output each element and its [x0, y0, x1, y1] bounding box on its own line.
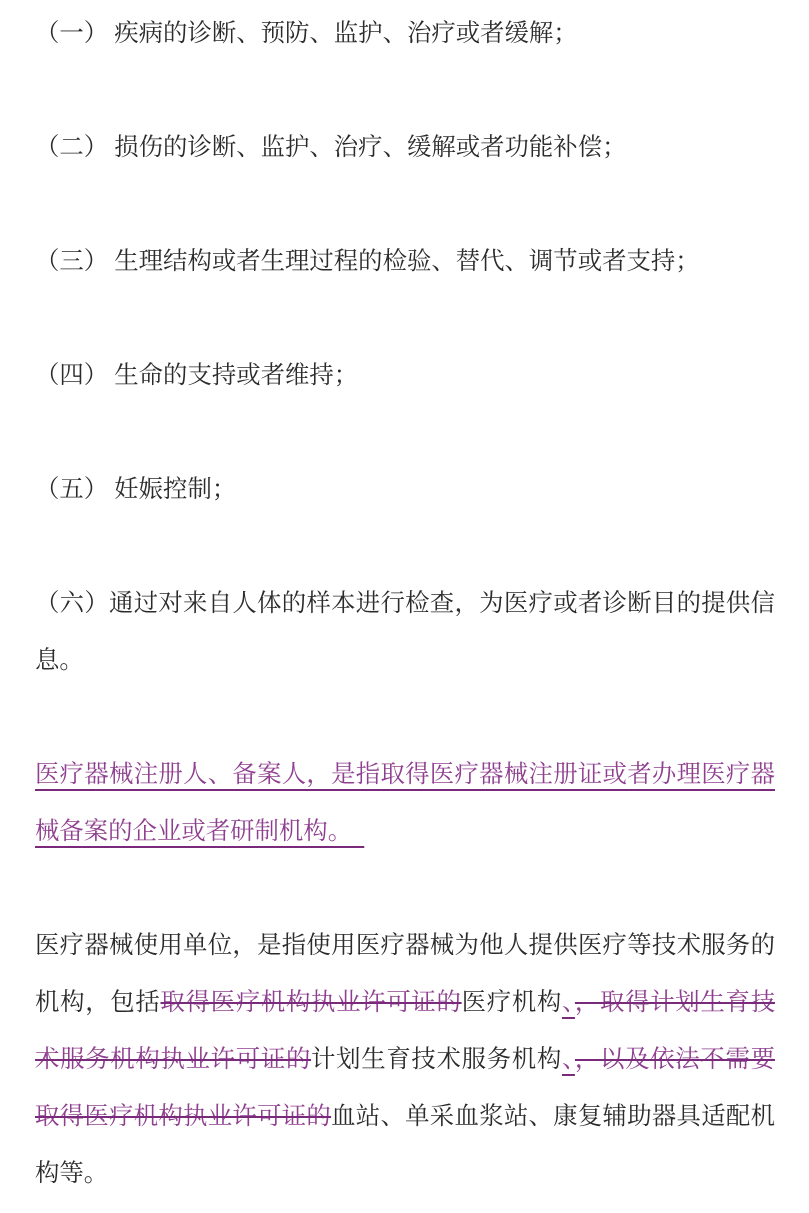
- deleted-text-run: 取得医疗机构执业许可证的: [160, 989, 461, 1016]
- paragraph: 医疗器械使用单位，是指使用医疗器械为他人提供医疗等技术服务的机构，包括取得医疗机…: [35, 917, 775, 1202]
- text-run: （五） 妊娠控制；: [35, 476, 236, 503]
- text-run: （二） 损伤的诊断、监护、治疗、缓解或者功能补偿；: [35, 134, 626, 161]
- text-run: 计划生育技术服务机构: [311, 1046, 562, 1073]
- document-body: （一） 疾病的诊断、预防、监护、治疗或者缓解；（二） 损伤的诊断、监护、治疗、缓…: [35, 5, 775, 1202]
- paragraph: （六）通过对来自人体的样本进行检查，为医疗或者诊断目的提供信息。: [35, 575, 775, 689]
- inserted-text-run: 医疗器械注册人、备案人，是指取得医疗器械注册证或者办理医疗器械备案的企业或者研制…: [35, 761, 775, 845]
- paragraph: （四） 生命的支持或者维持；: [35, 347, 775, 404]
- paragraph: （二） 损伤的诊断、监护、治疗、缓解或者功能补偿；: [35, 119, 775, 176]
- text-run: 医疗机构: [462, 989, 562, 1016]
- paragraph: （三） 生理结构或者生理过程的检验、替代、调节或者支持；: [35, 233, 775, 290]
- text-run: （四） 生命的支持或者维持；: [35, 362, 358, 389]
- text-run: （六）通过对来自人体的样本进行检查，为医疗或者诊断目的提供信息。: [35, 590, 775, 674]
- text-run: （一） 疾病的诊断、预防、监护、治疗或者缓解；: [35, 20, 578, 47]
- paragraph: （一） 疾病的诊断、预防、监护、治疗或者缓解；: [35, 5, 775, 62]
- paragraph: 医疗器械注册人、备案人，是指取得医疗器械注册证或者办理医疗器械备案的企业或者研制…: [35, 746, 775, 860]
- paragraph: （五） 妊娠控制；: [35, 461, 775, 518]
- inserted-text-run: 、: [562, 1046, 575, 1073]
- document-page: （一） 疾病的诊断、预防、监护、治疗或者缓解；（二） 损伤的诊断、监护、治疗、缓…: [0, 0, 809, 1213]
- inserted-text-run: 、: [562, 989, 575, 1016]
- text-run: （三） 生理结构或者生理过程的检验、替代、调节或者支持；: [35, 248, 700, 275]
